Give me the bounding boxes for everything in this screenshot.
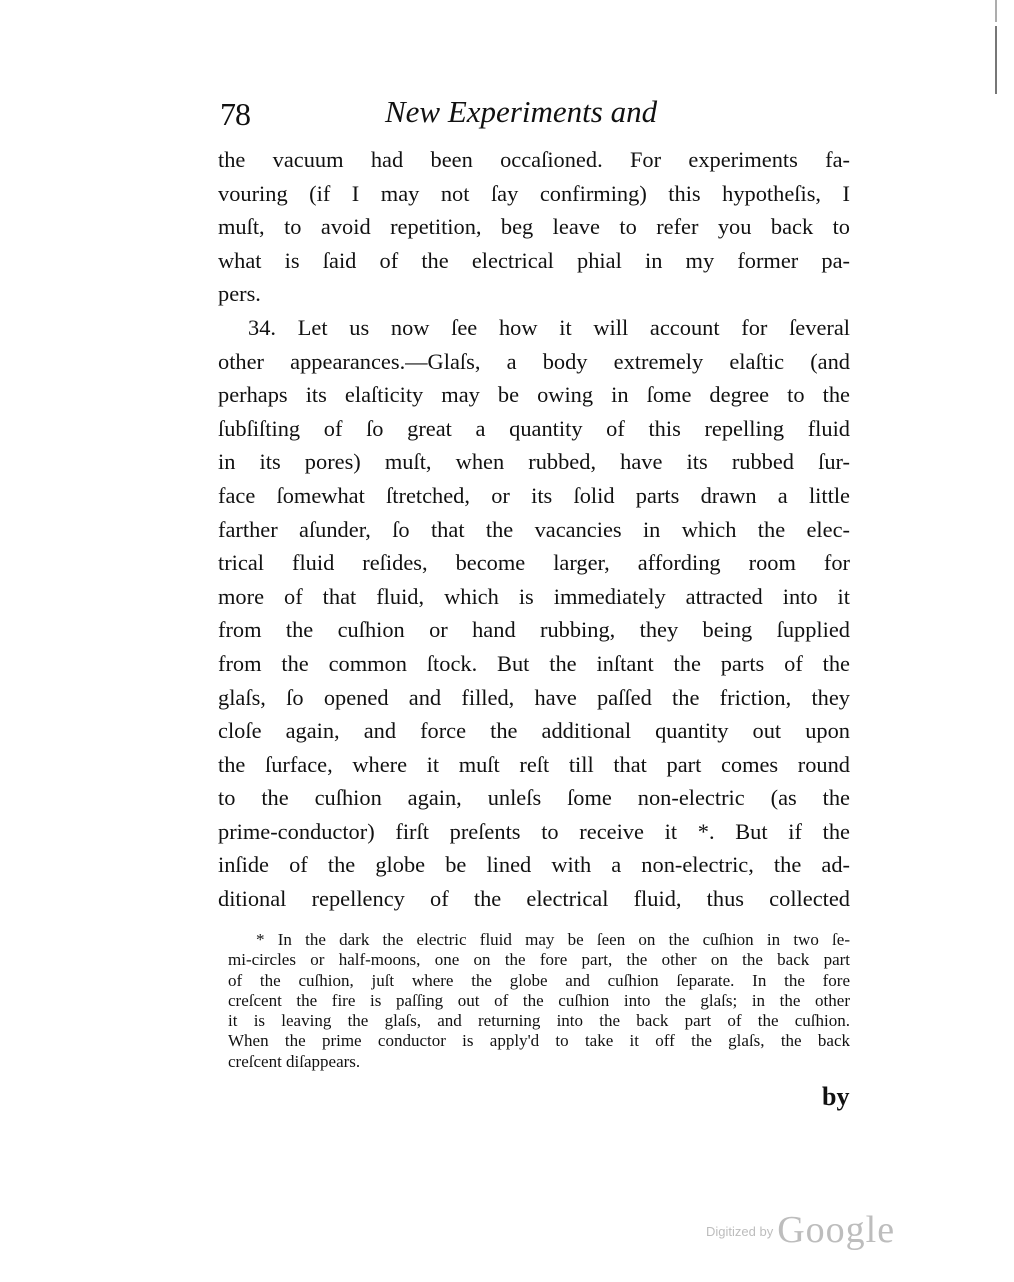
text-line: pers.	[218, 277, 850, 311]
google-logo-text: Google	[777, 1209, 895, 1251]
digitized-watermark: Digitized by Google	[706, 1208, 895, 1252]
text-line: ditional repellency of the electrical fl…	[218, 882, 850, 916]
footnote-line: creſcent the fire is paſſing out of the …	[228, 991, 850, 1011]
text-line: farther aſunder, ſo that the vacancies i…	[218, 513, 850, 547]
running-title: New Experiments and	[385, 94, 657, 130]
text-line: face ſomewhat ſtretched, or its ſolid pa…	[218, 479, 850, 513]
text-line: what is ſaid of the electrical phial in …	[218, 244, 850, 278]
text-line: in its pores) muſt, when rubbed, have it…	[218, 445, 850, 479]
footnote-line: of the cuſhion, juſt where the globe and…	[228, 971, 850, 991]
scan-edge-mark	[995, 26, 997, 94]
footnote-line: When the prime conductor is apply'd to t…	[228, 1031, 850, 1051]
text-line: from the common ſtock. But the inſtant t…	[218, 647, 850, 681]
text-line: muſt, to avoid repetition, beg leave to …	[218, 210, 850, 244]
text-line: cloſe again, and force the additional qu…	[218, 714, 850, 748]
watermark-prefix: Digitized by	[706, 1224, 773, 1239]
footnote-line: it is leaving the glaſs, and returning i…	[228, 1011, 850, 1031]
catchword: by	[822, 1082, 849, 1112]
text-line: ſubſiſting of ſo great a quantity of thi…	[218, 412, 850, 446]
text-line: other appearances.—Glaſs, a body extreme…	[218, 345, 850, 379]
text-line: more of that fluid, which is immediately…	[218, 580, 850, 614]
footnote-line: * In the dark the electric fluid may be …	[228, 930, 850, 950]
text-line: glaſs, ſo opened and filled, have paſſed…	[218, 681, 850, 715]
text-line: to the cuſhion again, unleſs ſome non-el…	[218, 781, 850, 815]
footnote: * In the dark the electric fluid may be …	[228, 930, 850, 1072]
running-head: 78 New Experiments and	[218, 96, 858, 136]
text-line: inſide of the globe be lined with a non-…	[218, 848, 850, 882]
body-text: the vacuum had been occaſioned. For expe…	[218, 143, 850, 916]
text-line: the ſurface, where it muſt reſt till tha…	[218, 748, 850, 782]
text-line: prime-conductor) firſt preſents to recei…	[218, 815, 850, 849]
text-line: the vacuum had been occaſioned. For expe…	[218, 143, 850, 177]
footnote-line: creſcent diſappears.	[228, 1052, 850, 1072]
scan-edge-mark	[995, 0, 997, 22]
text-line: from the cuſhion or hand rubbing, they b…	[218, 613, 850, 647]
text-line: perhaps its elaſticity may be owing in ſ…	[218, 378, 850, 412]
footnote-line: mi-circles or half-moons, one on the for…	[228, 950, 850, 970]
page-number: 78	[220, 96, 250, 133]
paragraph-start-line: 34. Let us now ſee how it will account f…	[218, 311, 850, 345]
text-line: vouring (if I may not ſay confirming) th…	[218, 177, 850, 211]
text-line: trical fluid reſides, become larger, aff…	[218, 546, 850, 580]
